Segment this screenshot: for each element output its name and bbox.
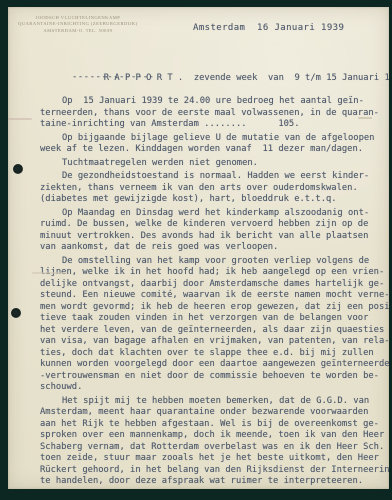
text-line: (diabetes met gewijzigde kost), hart, bl… — [40, 194, 389, 206]
punch-hole-bottom — [11, 308, 21, 318]
paragraph: Tuchtmaatregelen werden niet genomen. — [40, 158, 389, 170]
text-line: van aankomst, dat de reis goed was verlo… — [40, 242, 389, 254]
text-line: tieve taak zouden vinden in het verzorge… — [40, 313, 389, 325]
text-line: ziekten, thans verneem ik van den arts o… — [40, 183, 389, 195]
text-line: Op Maandag en Dinsdag werd het kinderkam… — [40, 208, 389, 220]
letterhead-line-2: QUARANTAINE-INRICHTING (ZEEBURGERDIJK) — [18, 21, 138, 27]
text-line: Op bijgaande bijlage gelieve U de mutati… — [40, 133, 389, 145]
text-line: men wordt gevormd; ik heb de heeren erop… — [40, 302, 389, 314]
text-line: Amsterdam, meent haar quarantaine onder … — [40, 407, 389, 419]
text-line: -vertrouwensman en niet door de commissi… — [40, 371, 389, 383]
text-line: week af te lezen. Kinddagen worden vanaf… — [40, 144, 389, 156]
document-page: JOODSCH VLUCHTELINGENKAMP QUARANTAINE-IN… — [8, 7, 389, 489]
text-line: Tuchtmaatregelen werden niet genomen. — [40, 158, 389, 170]
text-line: Het spijt mij te hebben moeten bemerken,… — [40, 396, 389, 408]
date-line: Amsterdam 16 Januari 1939 — [193, 23, 344, 33]
text-line: Schaberg vernam, dat Rotterdam overbelas… — [40, 442, 389, 454]
text-line: taine-inrichting van Amsterdam ........ … — [40, 119, 389, 131]
letterhead-line-3: AMSTERDAM-O. TEL. 50039 — [18, 28, 138, 34]
text-line: ruimd. De bussen, welke de kinderen verv… — [40, 219, 389, 231]
paragraph: De gezondheidstoestand is normaal. Hadde… — [40, 171, 389, 206]
text-line: steund. Een nieuwe comité, waarvan ik de… — [40, 290, 389, 302]
text-line: delijke ontvangst, daarbij door Amsterda… — [40, 279, 389, 291]
text-line: ties, doch dat klachten over te slappe t… — [40, 348, 389, 360]
report-title-subtitle: zevende week van 9 t/m 15 Januari 1939 — [183, 73, 389, 83]
text-line: De gezondheidstoestand is normaal. Hadde… — [40, 171, 389, 183]
text-line: terneerden, thans voor de eerste maal vo… — [40, 108, 389, 120]
scan-artifact — [8, 118, 32, 120]
text-line: aan het Rijk te hebben afgestaan. Wel is… — [40, 419, 389, 431]
paragraph: Op Maandag en Dinsdag werd het kinderkam… — [40, 208, 389, 254]
document-body: Op 15 Januari 1939 te 24.00 ure bedroeg … — [40, 96, 389, 489]
text-line: Op 15 Januari 1939 te 24.00 ure bedroeg … — [40, 96, 389, 108]
scan-artifact — [32, 272, 66, 274]
text-line: het verdere leven, van de geïnterneerden… — [40, 325, 389, 337]
paragraph: Op bijgaande bijlage gelieve U de mutati… — [40, 133, 389, 156]
scanned-document: JOODSCH VLUCHTELINGENKAMP QUARANTAINE-IN… — [0, 0, 392, 500]
title-underline: -------------- — [72, 72, 155, 82]
text-line: sproken over een mannenkamp, doch ik mee… — [40, 430, 389, 442]
scan-artifact — [358, 117, 372, 119]
text-line: te handelen, door deze afspraak wat ruim… — [40, 476, 389, 488]
paragraph: Het spijt mij te hebben moeten bemerken,… — [40, 396, 389, 488]
text-line: schouwd. — [40, 382, 389, 394]
paragraph: Op 15 Januari 1939 te 24.00 ure bedroeg … — [40, 96, 389, 131]
text-line: van visa, van bagage afhalen en vrijmake… — [40, 336, 389, 348]
text-line: kunnen worden voorgelegd door een daarto… — [40, 359, 389, 371]
text-line: lijnen, welke ik in het hoofd had; ik he… — [40, 267, 389, 279]
text-line: minuut vertrokken. Des avonds had ik ber… — [40, 231, 389, 243]
text-line: Rückert gehoord, in het belang van den R… — [40, 465, 389, 477]
text-line: toen zeide, stuur maar zooals het je het… — [40, 453, 389, 465]
paragraph: De omstelling van het kamp voor grooten … — [40, 256, 389, 394]
text-line: De omstelling van het kamp voor grooten … — [40, 256, 389, 268]
letterhead: JOODSCH VLUCHTELINGENKAMP QUARANTAINE-IN… — [18, 15, 138, 34]
punch-hole-top — [13, 164, 23, 174]
